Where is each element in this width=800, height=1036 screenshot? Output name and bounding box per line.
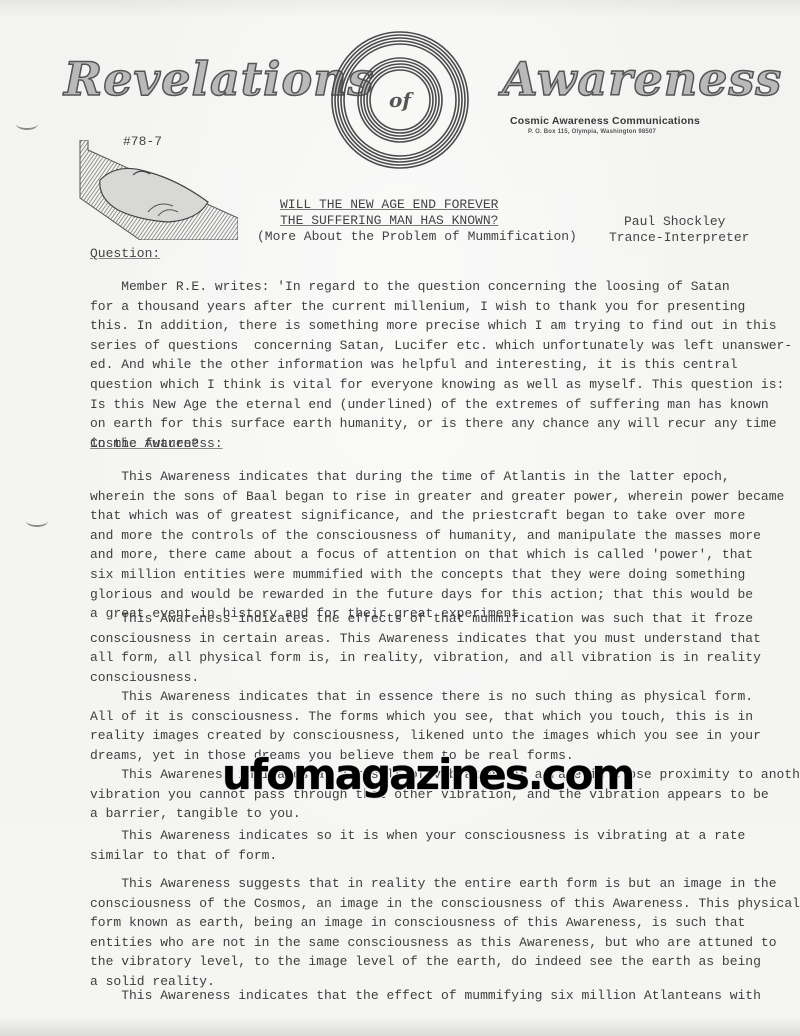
cosmic-awareness-heading: Cosmic Awareness: xyxy=(90,436,223,451)
article-title-line-2: THE SUFFERING MAN HAS KNOWN? xyxy=(278,213,498,229)
article-subtitle: (More About the Problem of Mummification… xyxy=(257,229,577,244)
issue-number: #78-7 xyxy=(123,134,162,149)
article-title-line-1: WILL THE NEW AGE END FOREVER xyxy=(278,197,498,213)
binder-hole-mark xyxy=(26,515,48,527)
mummy-illustration xyxy=(78,140,238,240)
masthead-title-awareness: Awareness xyxy=(502,52,782,106)
paper-bottom-edge xyxy=(0,1018,800,1036)
answer-paragraph-7: This Awareness indicates that the effect… xyxy=(90,986,800,1006)
author-name: Paul Shockley xyxy=(624,214,725,229)
masthead-title-of: of xyxy=(389,88,414,112)
question-paragraph: Member R.E. writes: 'In regard to the qu… xyxy=(90,277,800,453)
answer-paragraph-6: This Awareness suggests that in reality … xyxy=(90,874,800,992)
author-role: Trance-Interpreter xyxy=(609,230,749,245)
binder-hole-mark xyxy=(16,118,38,130)
watermark: ufomagazines.com xyxy=(222,750,633,799)
masthead-title-revelations: Revelations xyxy=(64,52,375,106)
concentric-circles-logo: of xyxy=(330,30,470,170)
answer-paragraph-2: This Awareness indicates the effects of … xyxy=(90,609,800,687)
answer-paragraph-1: This Awareness indicates that during the… xyxy=(90,467,800,624)
organization-name: Cosmic Awareness Communications xyxy=(510,115,700,127)
question-heading: Question: xyxy=(90,246,160,261)
article-title: WILL THE NEW AGE END FOREVER THE SUFFERI… xyxy=(278,197,498,229)
answer-paragraph-5: This Awareness indicates so it is when y… xyxy=(90,826,800,865)
organization-address: P. O. Box 115, Olympia, Washington 98507 xyxy=(528,129,656,135)
